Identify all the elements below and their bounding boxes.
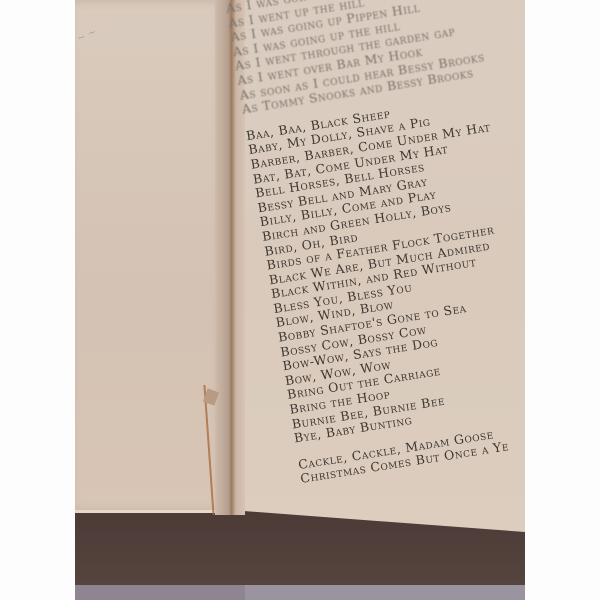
- page-edge: [75, 510, 227, 513]
- pencil-marks: ~ ~: [76, 26, 99, 44]
- left-page: ~ ~: [75, 0, 227, 512]
